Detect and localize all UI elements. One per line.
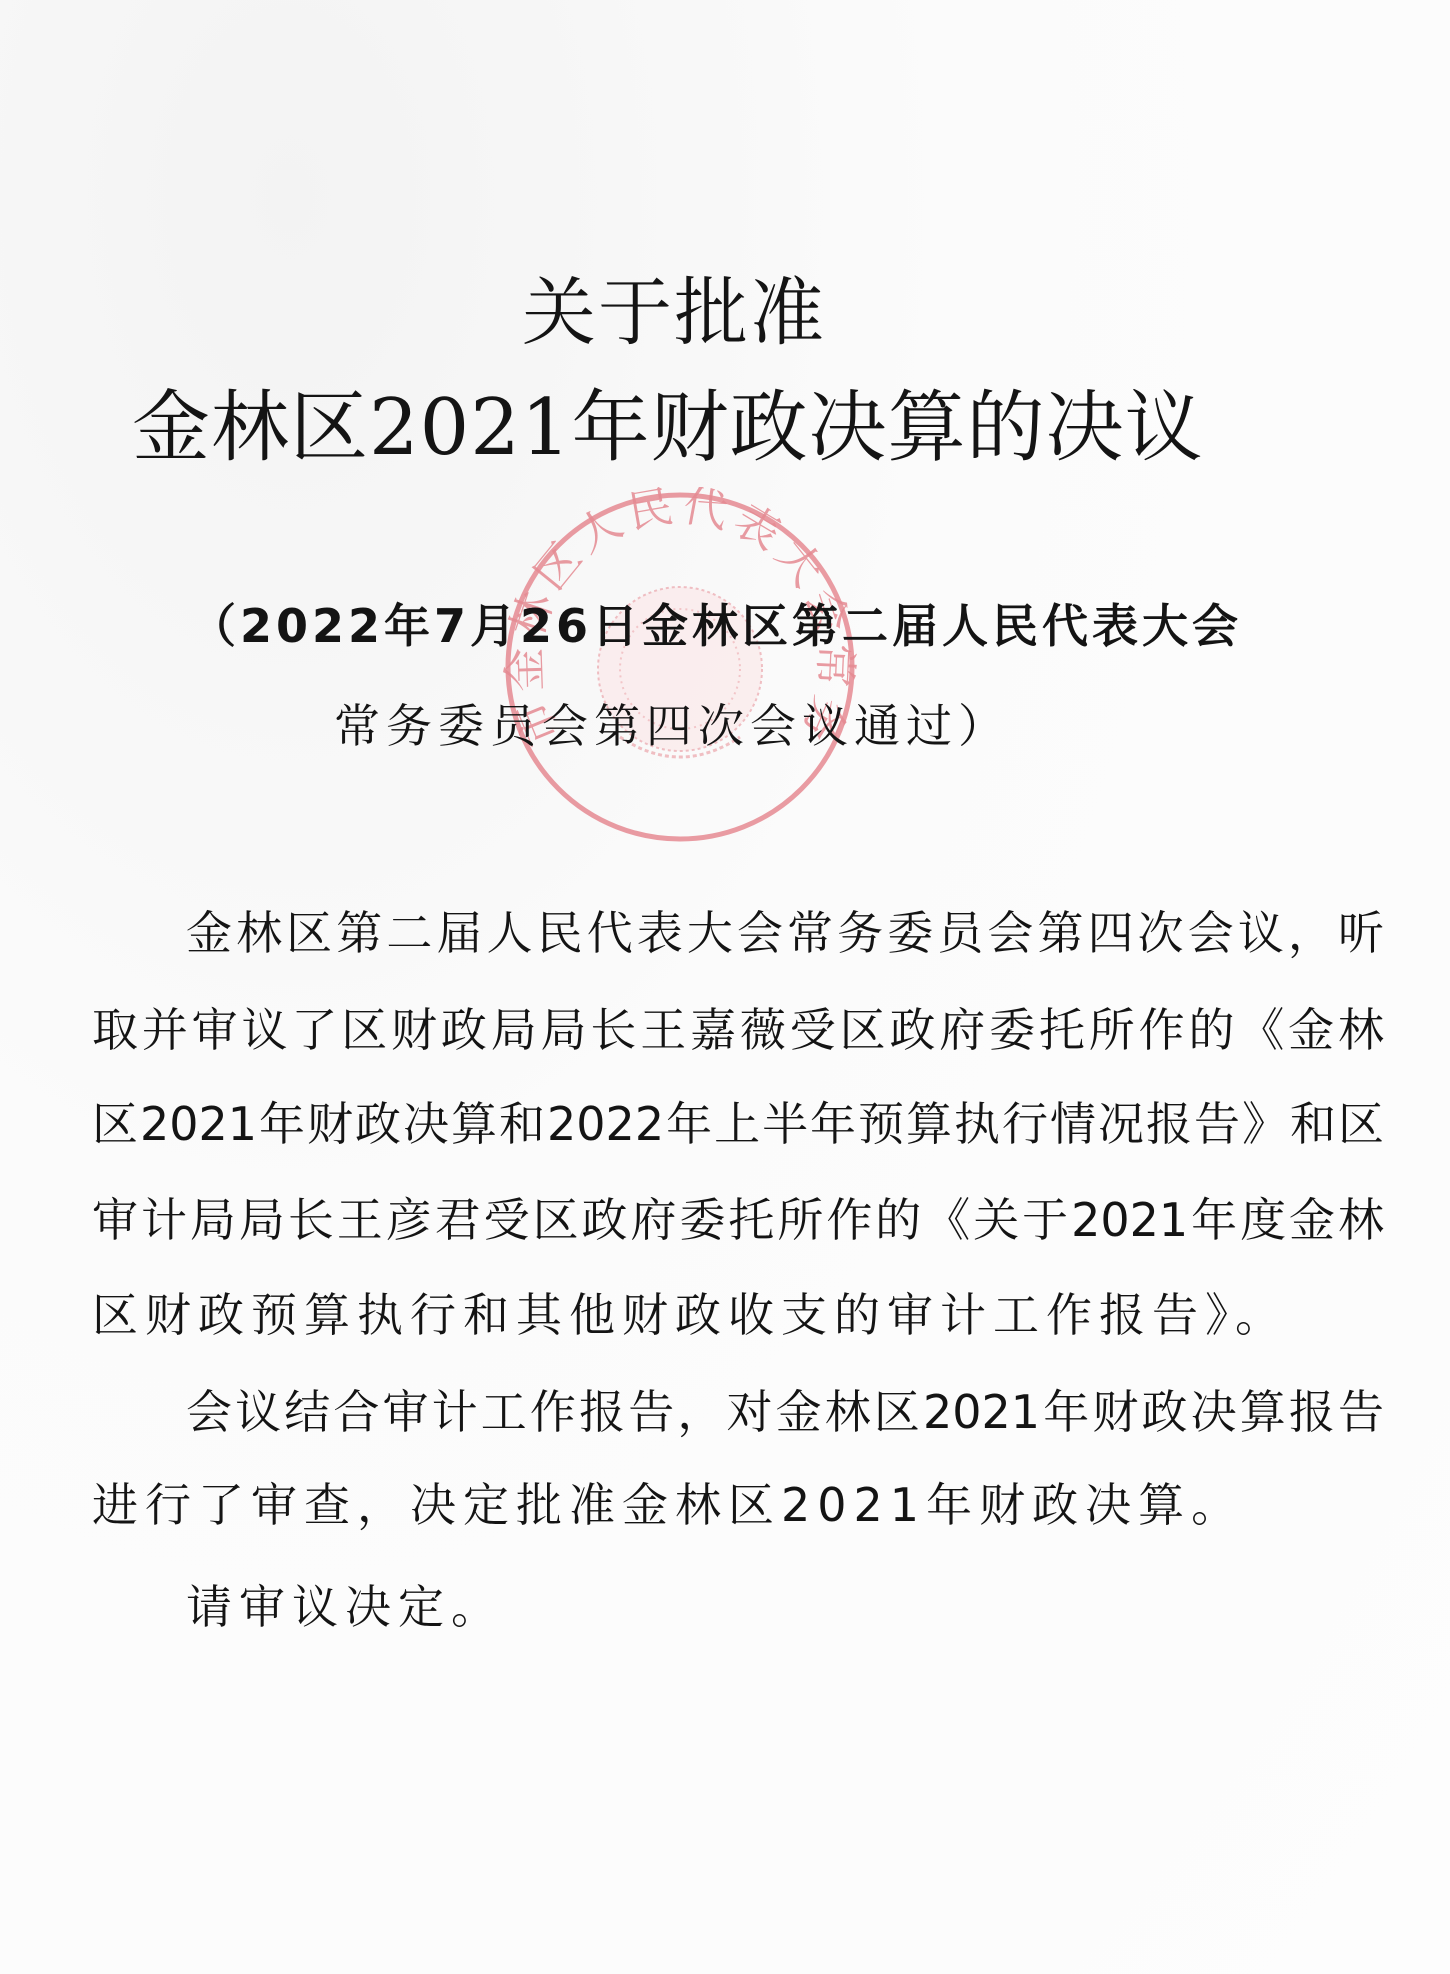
title-line-1: 关于批准 xyxy=(0,268,1450,358)
paragraph-1-line-3: 区2021年财政决算和2022年上半年预算执行情况报告》和区 xyxy=(92,1094,1384,1154)
subtitle-line-2: 常务委员会第四次会议通过） xyxy=(334,696,1010,756)
paragraph-1-line-2: 取并审议了区财政局局长王嘉薇受区政府委托所作的《金林 xyxy=(92,1000,1384,1060)
subtitle-line-1: （2022年7月26日金林区第二届人民代表大会 xyxy=(190,596,1242,656)
paragraph-1-line-4: 审计局局长王彦君受区政府委托所作的《关于2021年度金林 xyxy=(92,1190,1384,1250)
paragraph-2-line-1: 会议结合审计工作报告，对金林区2021年财政决算报告 xyxy=(186,1382,1384,1442)
paragraph-1-line-1: 金林区第二届人民代表大会常务委员会第四次会议，听 xyxy=(186,903,1384,963)
official-seal-icon: 市金林区人民代表大会常务委员会 xyxy=(500,487,860,847)
document-page: 市金林区人民代表大会常务委员会 关于批准 金林区2021年财政决算的决议 （20… xyxy=(0,0,1450,1974)
title-line-2: 金林区2021年财政决算的决议 xyxy=(132,380,1204,476)
paragraph-3-line-1: 请审议决定。 xyxy=(186,1577,1384,1637)
paragraph-1-line-5: 区财政预算执行和其他财政收支的审计工作报告》。 xyxy=(92,1285,1384,1345)
paragraph-2-line-2: 进行了审查，决定批准金林区2021年财政决算。 xyxy=(92,1475,1384,1535)
